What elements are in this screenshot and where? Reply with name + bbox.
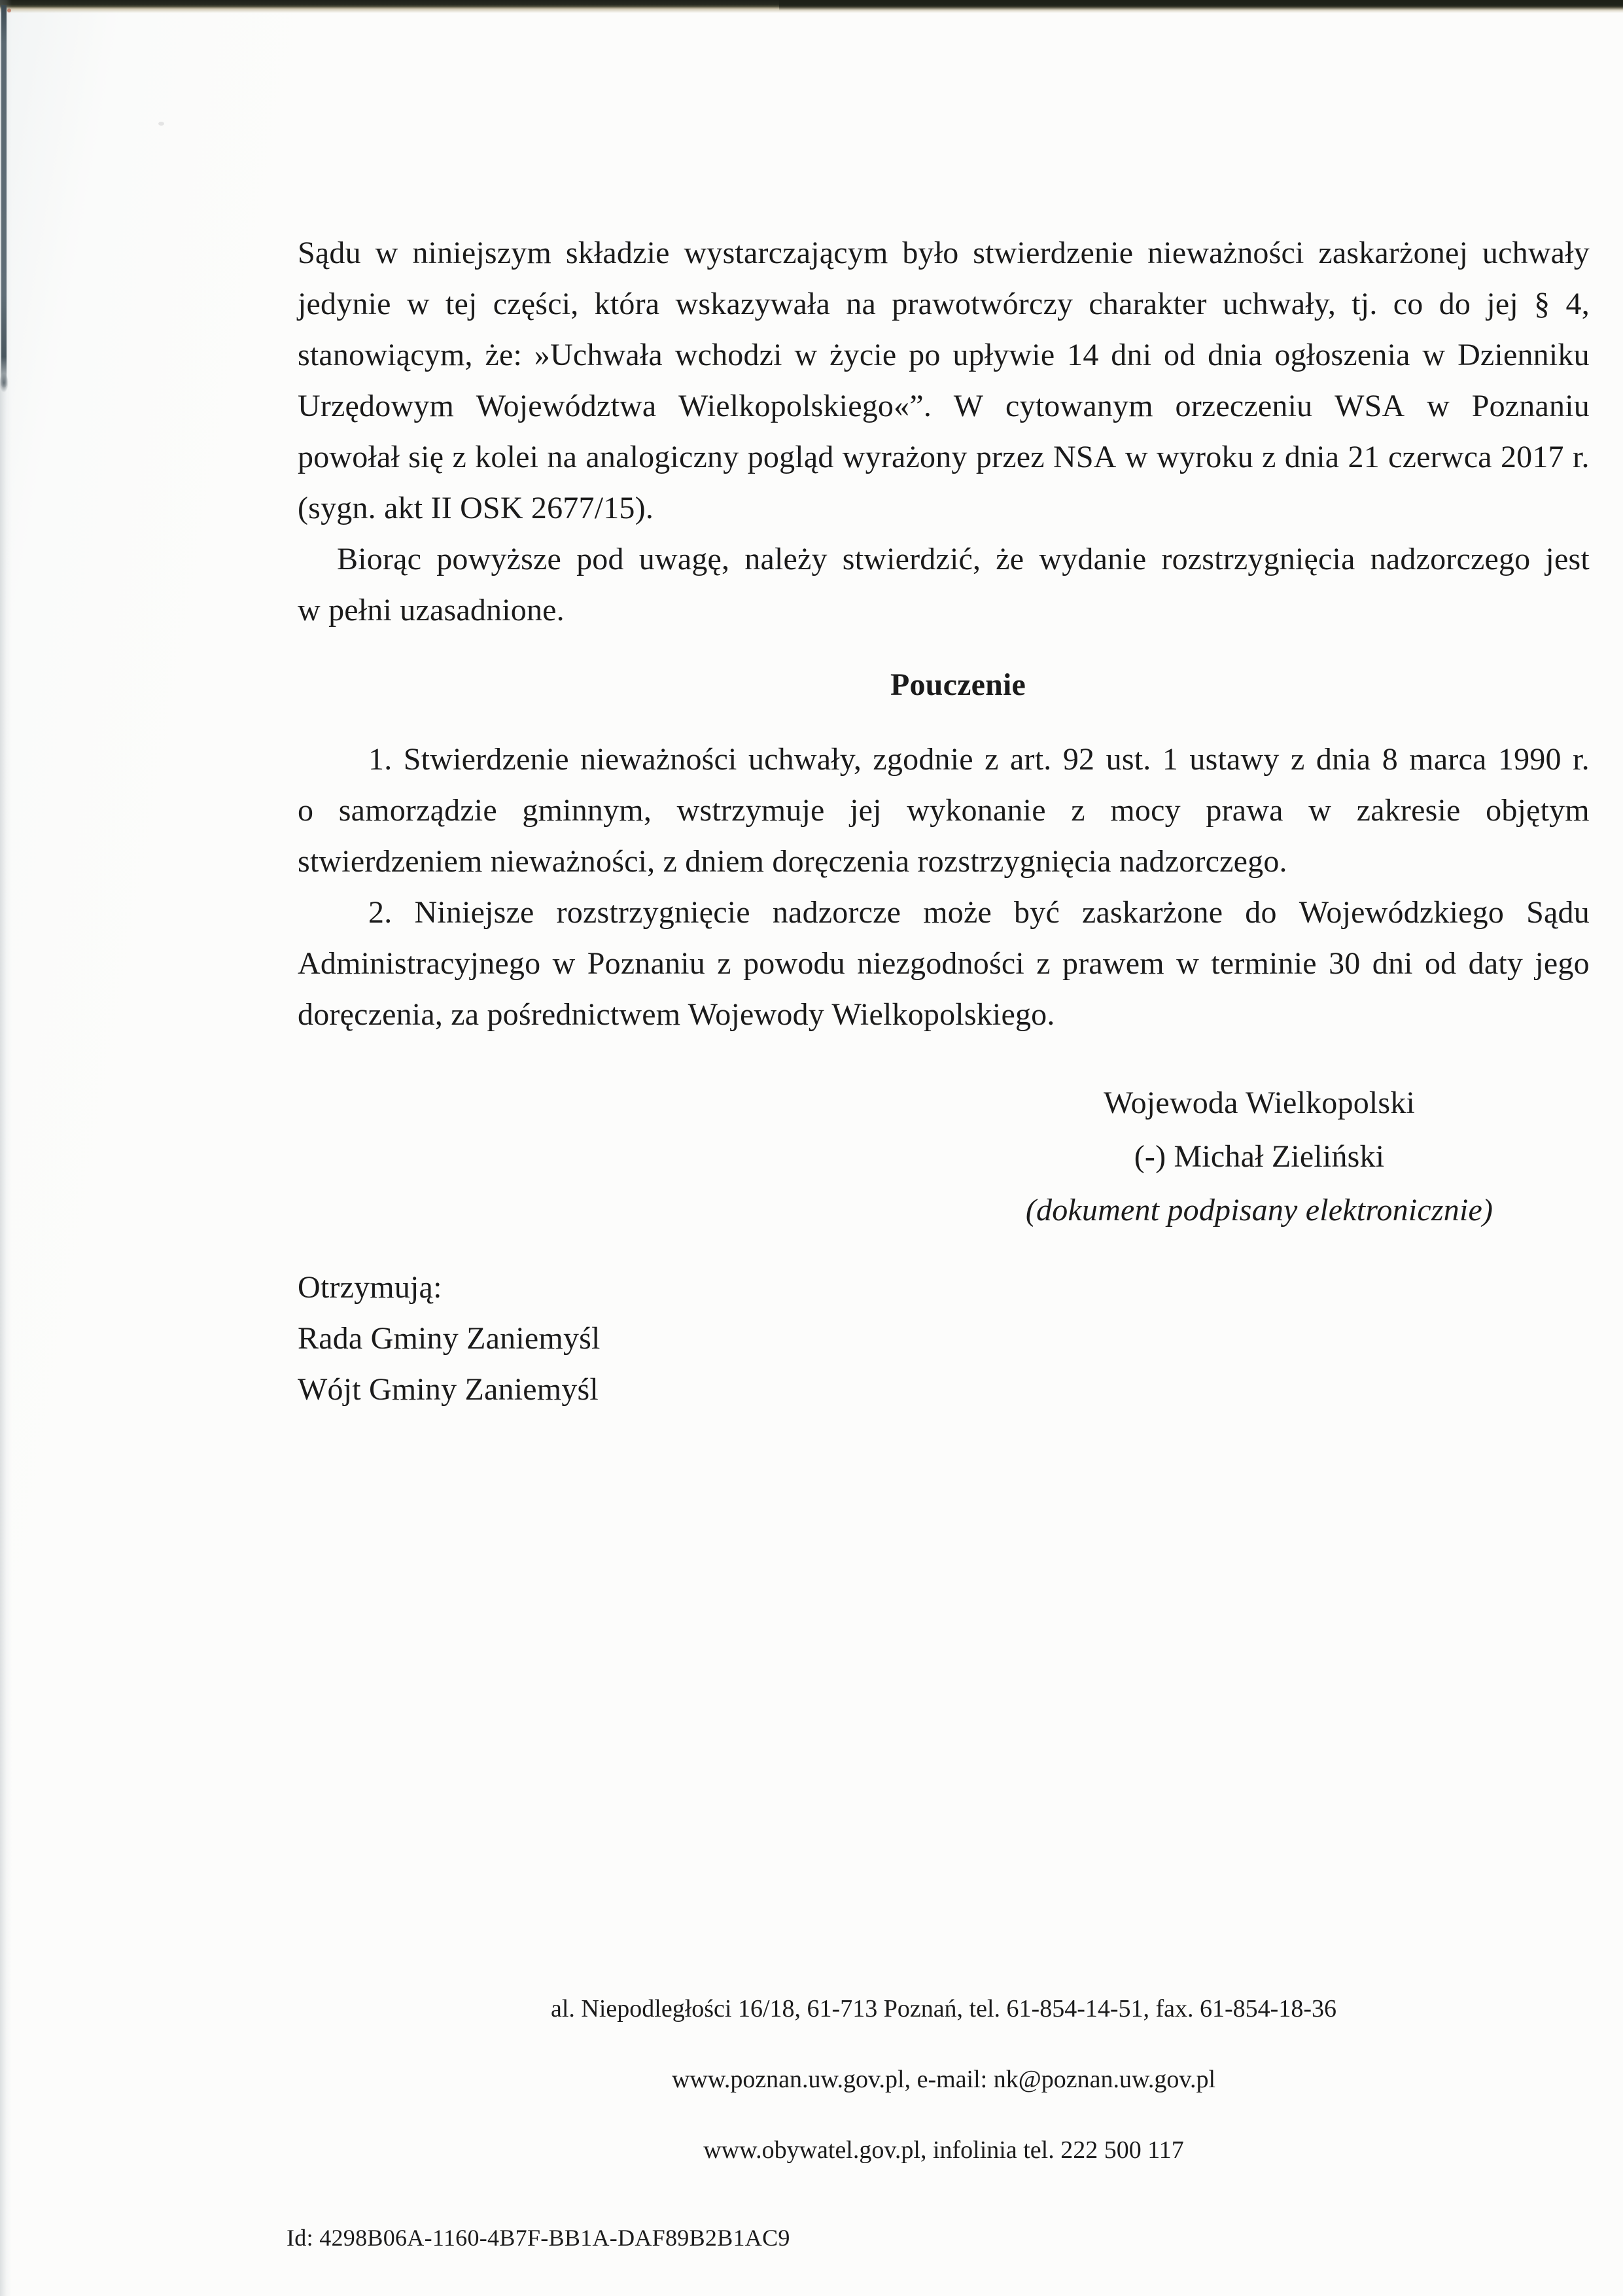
paragraph-court-justification: Sąduwniniejszymskładziewystarczającymbył… [298,228,1590,534]
text-line: powołałsięzkoleinaanalogicznypoglądwyraż… [298,432,1590,483]
signature-title: Wojewoda Wielkopolski [998,1076,1521,1130]
paragraph-conclusion: Biorącpowyższepoduwagę,należystwierdzić,… [298,534,1590,636]
footer-address-line: al. Niepodległości 16/18, 61-713 Poznań,… [298,1988,1590,2030]
text-line: doręczenia, za pośrednictwem Wojewody Wi… [298,989,1590,1040]
scanned-document-page: Sąduwniniejszymskładziewystarczającymbył… [0,0,1623,2296]
text-line: Sąduwniniejszymskładziewystarczającymbył… [298,228,1590,279]
scan-speck [7,9,11,12]
footer-infoline: www.obywatel.gov.pl, infolinia tel. 222 … [298,2129,1590,2171]
signature-electronic-note: (dokument podpisany elektronicznie) [998,1184,1521,1237]
recipient-item: Wójt Gminy Zaniemyśl [298,1364,1590,1415]
text-line: stwierdzeniem nieważności, z dniem doręc… [298,836,1590,887]
text-line: osamorządziegminnym,wstrzymujejejwykonan… [298,785,1590,836]
letterhead-footer: al. Niepodległości 16/18, 61-713 Poznań,… [298,1988,1590,2200]
recipients-label: Otrzymują: [298,1262,1590,1313]
text-line: 2.Niniejszerozstrzygnięcienadzorczemożeb… [298,887,1590,938]
scan-speck [158,122,164,126]
text-line: Biorącpowyższepoduwagę,należystwierdzić,… [298,534,1590,585]
recipient-item: Rada Gminy Zaniemyśl [298,1313,1590,1364]
text-line: jedyniewtejczęści,którawskazywałanaprawo… [298,279,1590,330]
text-line: UrzędowymWojewództwaWielkopolskiego«”.Wc… [298,381,1590,432]
text-line: (sygn. akt II OSK 2677/15). [298,483,1590,534]
paragraph-instruction-2: 2.Niniejszerozstrzygnięcienadzorczemożeb… [298,887,1590,1040]
footer-web-line: www.poznan.uw.gov.pl, e-mail: nk@poznan.… [298,2058,1590,2100]
text-line: w pełni uzasadnione. [298,585,1590,636]
paragraph-instruction-1: 1.Stwierdzenienieważnościuchwały,zgodnie… [298,734,1590,887]
recipients-block: Otrzymują: Rada Gminy Zaniemyśl Wójt Gmi… [298,1262,1590,1415]
scan-top-edge-artifact [0,0,1623,13]
document-id: Id: 4298B06A-1160-4B7F-BB1A-DAF89B2B1AC9 [287,2217,790,2259]
signature-block: Wojewoda Wielkopolski (-) Michał Zielińs… [998,1076,1521,1237]
scan-left-stripe-artifact [1,5,7,387]
document-body: Sąduwniniejszymskładziewystarczającymbył… [298,228,1590,1415]
text-line: AdministracyjnegowPoznaniuzpowoduniezgod… [298,938,1590,989]
section-heading-pouczenie: Pouczenie [298,660,1590,711]
text-line: 1.Stwierdzenienieważnościuchwały,zgodnie… [298,734,1590,785]
signature-name: (-) Michał Zieliński [998,1130,1521,1184]
text-line: stanowiącym,że:»Uchwaławchodziwżyciepoup… [298,330,1590,381]
